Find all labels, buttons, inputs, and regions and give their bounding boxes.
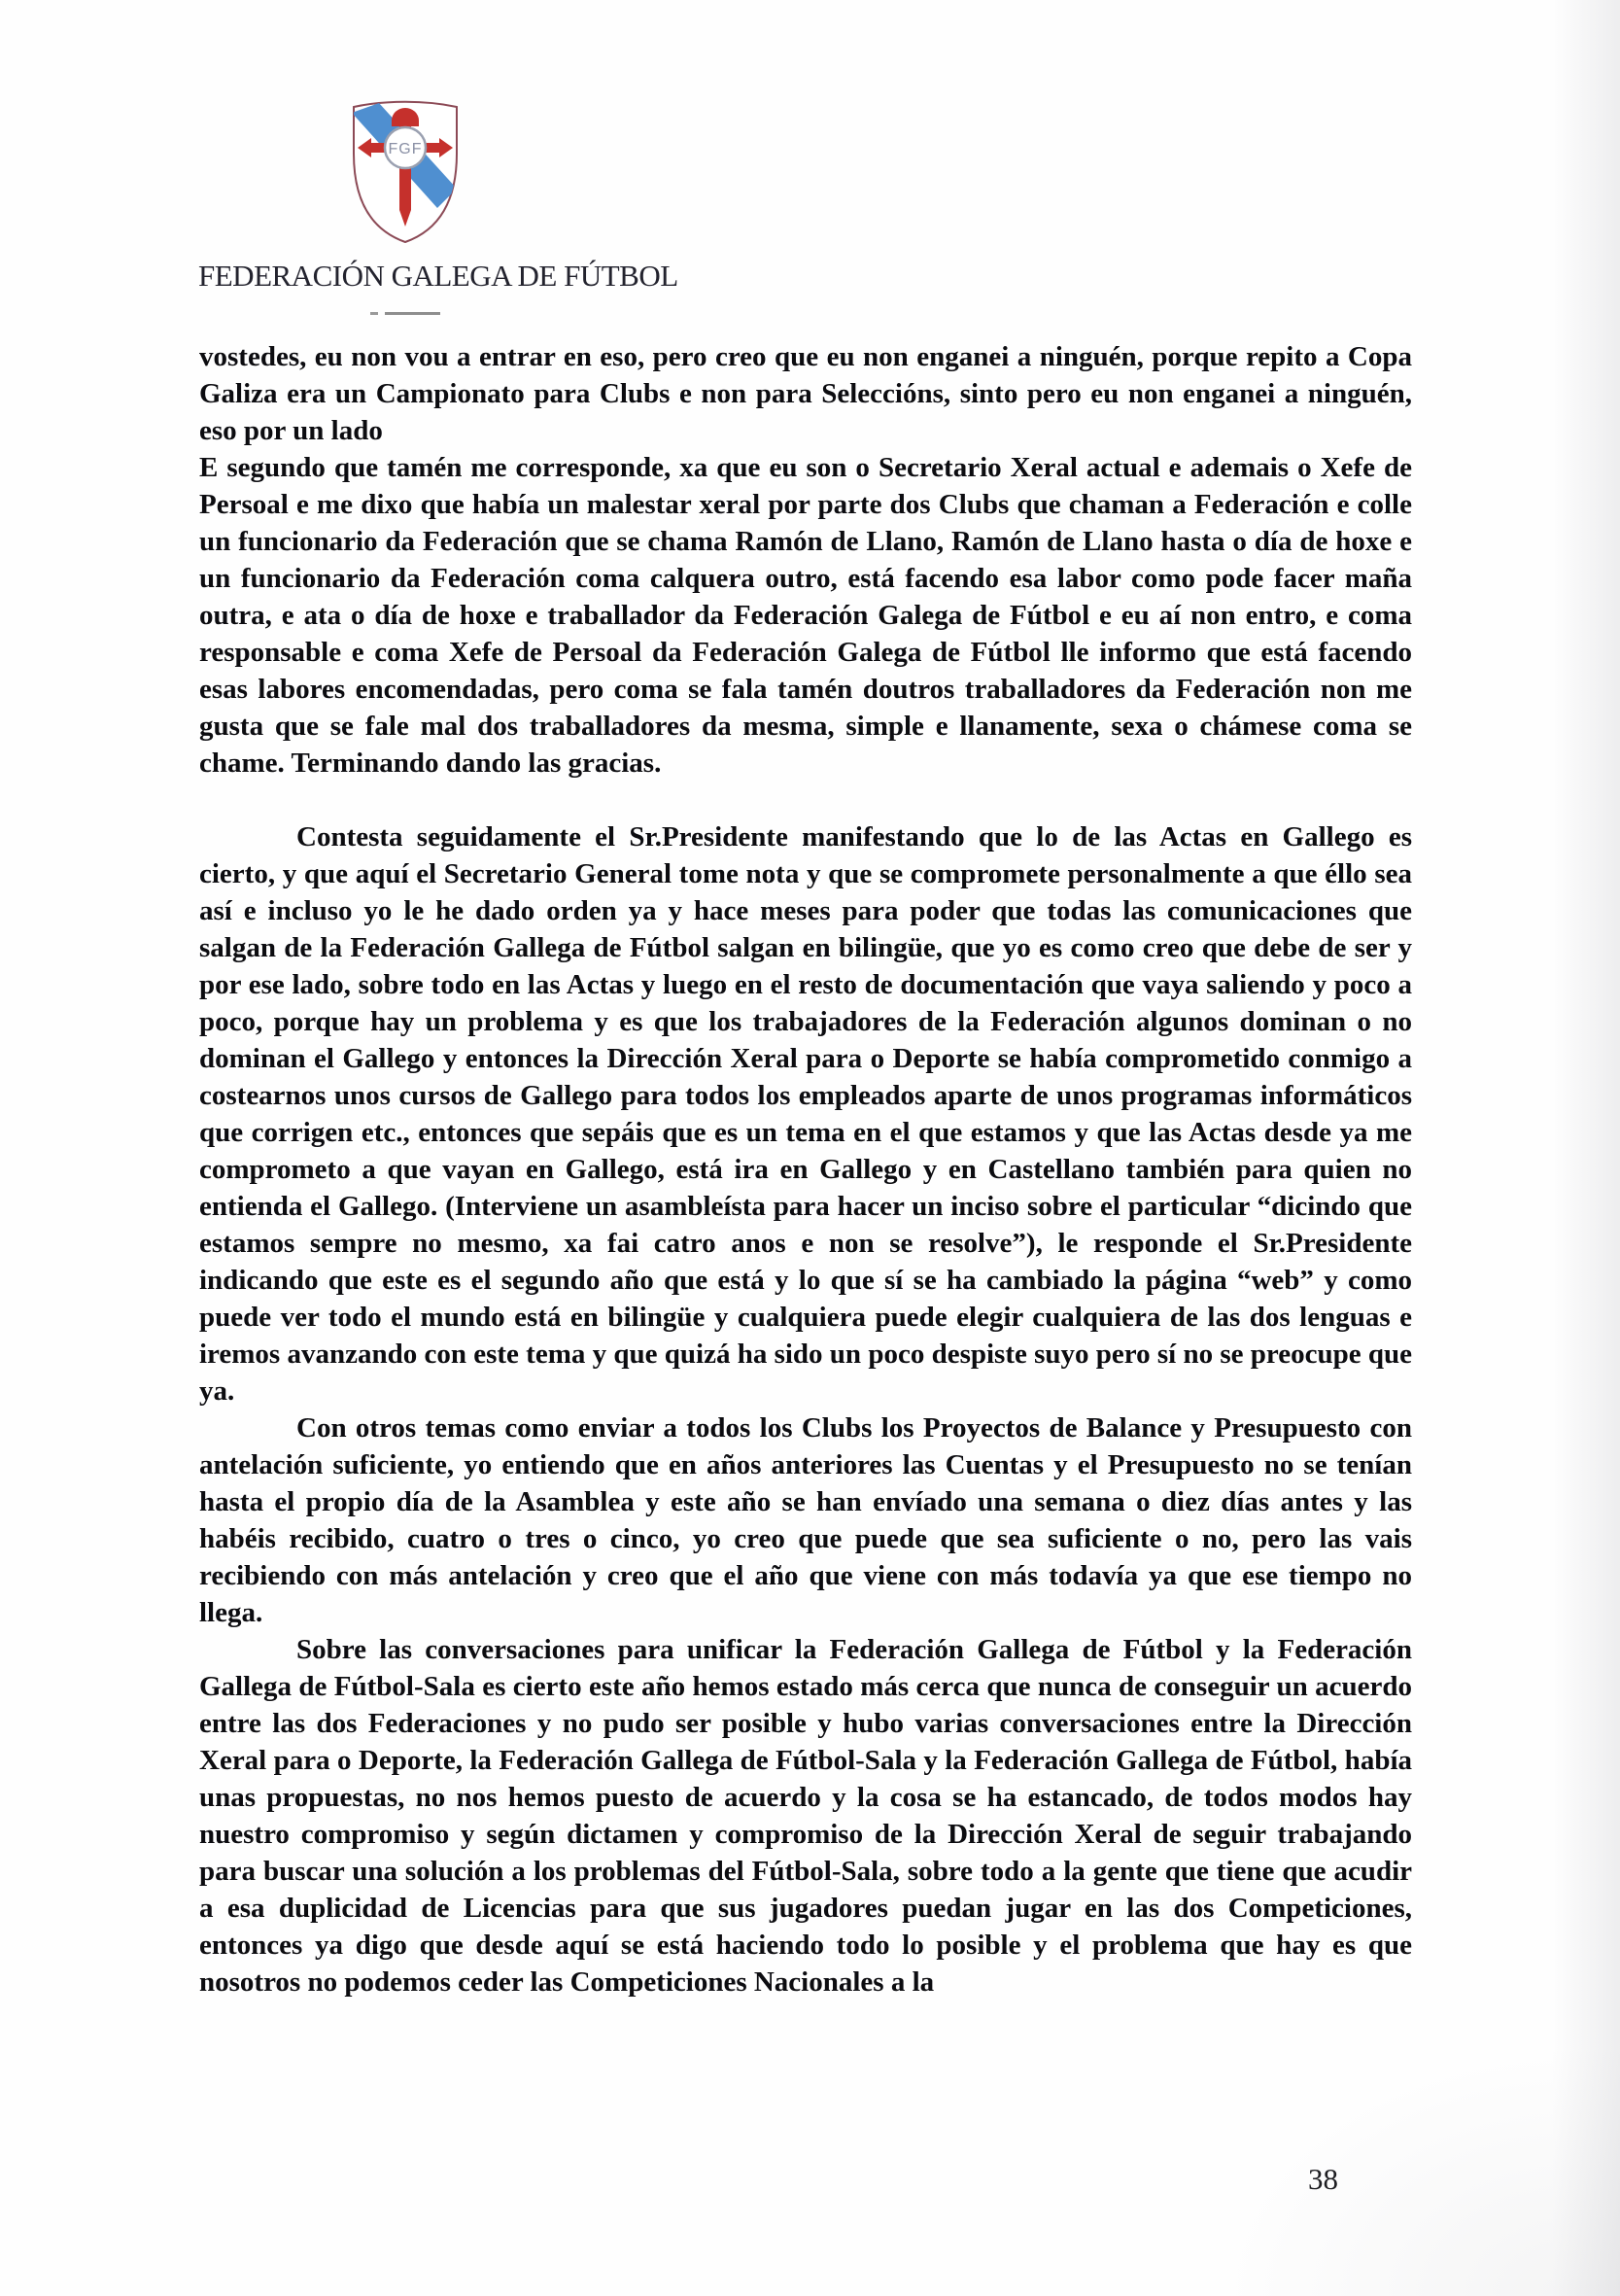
fgf-crest-svg: FGF [346,97,465,245]
header-divider [370,312,440,315]
scan-edge-shading [1552,0,1620,2296]
paragraph-4: Con otros temas como enviar a todos los … [199,1409,1412,1631]
paragraph-1: vostedes, eu non vou a entrar en eso, pe… [199,338,1412,449]
document-page: FGF FEDERACIÓN GALEGA DE FÚTBOL vostedes… [0,0,1620,2296]
paragraph-3: Contesta seguidamente el Sr.Presidente m… [199,818,1412,1409]
scan-corner-shading [1212,2043,1620,2296]
page-number: 38 [1308,2162,1338,2197]
paragraph-2: E segundo que tamén me corresponde, xa q… [199,449,1412,782]
org-name: FEDERACIÓN GALEGA DE FÚTBOL [198,259,678,294]
fgf-crest-icon: FGF [346,97,465,245]
minutes-text: vostedes, eu non vou a entrar en eso, pe… [199,338,1412,2000]
paragraph-5: Sobre las conversaciones para unificar l… [199,1631,1412,2000]
crest-initials: FGF [389,141,423,157]
